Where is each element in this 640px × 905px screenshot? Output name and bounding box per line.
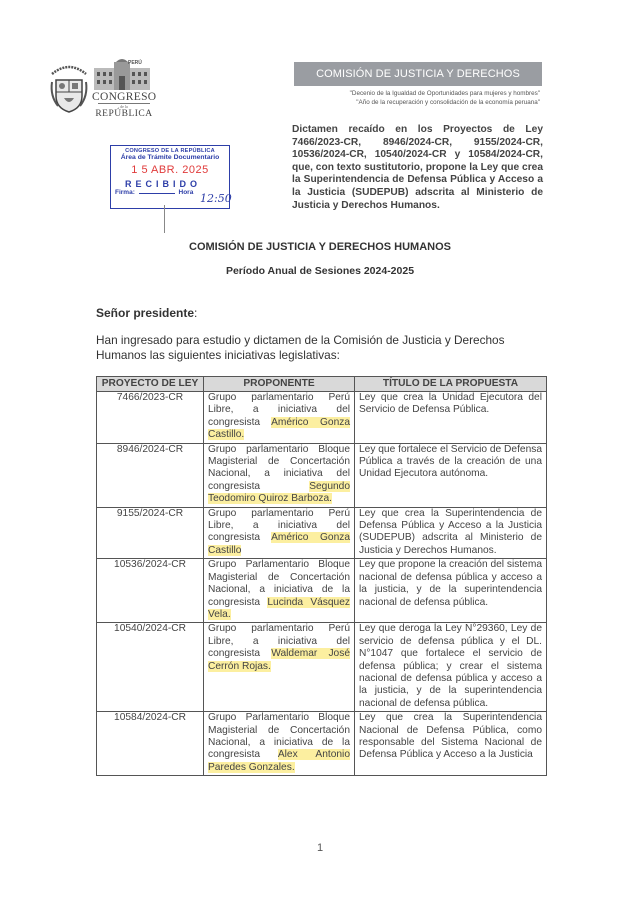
project-number: 9155/2024-CR bbox=[97, 507, 204, 559]
table-row: 7466/2023-CRGrupo parlamentario Perú Lib… bbox=[97, 392, 547, 444]
congress-name-line1: CONGRESO bbox=[92, 91, 156, 103]
project-number: 8946/2024-CR bbox=[97, 443, 204, 507]
project-number: 7466/2023-CR bbox=[97, 392, 204, 444]
salutation-colon: : bbox=[194, 306, 197, 320]
salutation: Señor presidente: bbox=[96, 306, 197, 320]
project-number: 10540/2024-CR bbox=[97, 623, 204, 712]
stamp-received: RECIBIDO bbox=[125, 179, 229, 189]
header-proponent: PROPONENTE bbox=[204, 377, 355, 392]
stamp-date: 1 5 ABR. 2025 bbox=[111, 164, 229, 176]
table-row: 10584/2024-CRGrupo Parlamentario Bloque … bbox=[97, 712, 547, 776]
signature-line bbox=[139, 193, 175, 194]
projects-table: PROYECTO DE LEY PROPONENTE TÍTULO DE LA … bbox=[96, 376, 547, 776]
decenio-motto: "Decenio de la Igualdad de Oportunidades… bbox=[350, 89, 540, 98]
table-row: 8946/2024-CRGrupo parlamentario Bloque M… bbox=[97, 443, 547, 507]
period-title: Período Anual de Sesiones 2024-2025 bbox=[0, 265, 640, 277]
intro-paragraph: Han ingresado para estudio y dictamen de… bbox=[96, 333, 556, 362]
page-number: 1 bbox=[0, 842, 640, 854]
stamp-area: Área de Trámite Documentario bbox=[111, 154, 229, 161]
proposal-title: Ley que propone la creación del sistema … bbox=[355, 559, 547, 623]
table-header-row: PROYECTO DE LEY PROPONENTE TÍTULO DE LA … bbox=[97, 377, 547, 392]
congress-name-line2: REPÚBLICA bbox=[92, 109, 156, 120]
proponent: Grupo Parlamentario Bloque Magisterial d… bbox=[204, 712, 355, 776]
header-project: PROYECTO DE LEY bbox=[97, 377, 204, 392]
year-motto: "Año de la recuperación y consolidación … bbox=[350, 98, 540, 107]
proponent: Grupo Parlamentario Bloque Magisterial d… bbox=[204, 559, 355, 623]
stamp-firma-label: Firma: bbox=[115, 189, 135, 196]
commission-banner: COMISIÓN DE JUSTICIA Y DERECHOS HUMANOS bbox=[294, 62, 542, 86]
proposal-title: Ley que crea la Unidad Ejecutora del Ser… bbox=[355, 392, 547, 444]
peru-coat-of-arms-icon bbox=[48, 62, 90, 114]
proponent: Grupo parlamentario Perú Libre, a inicia… bbox=[204, 623, 355, 712]
congress-logo: PERÚ CONGRESO de la REPÚBLICA bbox=[92, 58, 154, 120]
proposal-title: Ley que crea la Superintendencia Naciona… bbox=[355, 712, 547, 776]
proponent: Grupo parlamentario Perú Libre, a inicia… bbox=[204, 507, 355, 559]
proposal-title: Ley que fortalece el Servicio de Defensa… bbox=[355, 443, 547, 507]
stamp-mark bbox=[164, 205, 165, 233]
proposal-title: Ley que crea la Superintendencia de Defe… bbox=[355, 507, 547, 559]
section-title: COMISIÓN DE JUSTICIA Y DERECHOS HUMANOS bbox=[0, 241, 640, 253]
table-row: 10540/2024-CRGrupo parlamentario Perú Li… bbox=[97, 623, 547, 712]
salutation-text: Señor presidente bbox=[96, 306, 194, 320]
project-number: 10536/2024-CR bbox=[97, 559, 204, 623]
year-mottos: "Decenio de la Igualdad de Oportunidades… bbox=[350, 89, 540, 107]
stamp-hora-label: Hora bbox=[179, 189, 194, 196]
proposal-title: Ley que deroga la Ley N°29360, Ley de se… bbox=[355, 623, 547, 712]
proponent: Grupo parlamentario Bloque Magisterial d… bbox=[204, 443, 355, 507]
table-row: 9155/2024-CRGrupo parlamentario Perú Lib… bbox=[97, 507, 547, 559]
stamp-handwritten-time: 12:50 bbox=[200, 192, 232, 205]
table-row: 10536/2024-CRGrupo Parlamentario Bloque … bbox=[97, 559, 547, 623]
header-title: TÍTULO DE LA PROPUESTA bbox=[355, 377, 547, 392]
proponent: Grupo parlamentario Perú Libre, a inicia… bbox=[204, 392, 355, 444]
project-number: 10584/2024-CR bbox=[97, 712, 204, 776]
peru-label: PERÚ bbox=[128, 60, 142, 66]
dictamen-summary: Dictamen recaído en los Proyectos de Ley… bbox=[292, 124, 543, 212]
